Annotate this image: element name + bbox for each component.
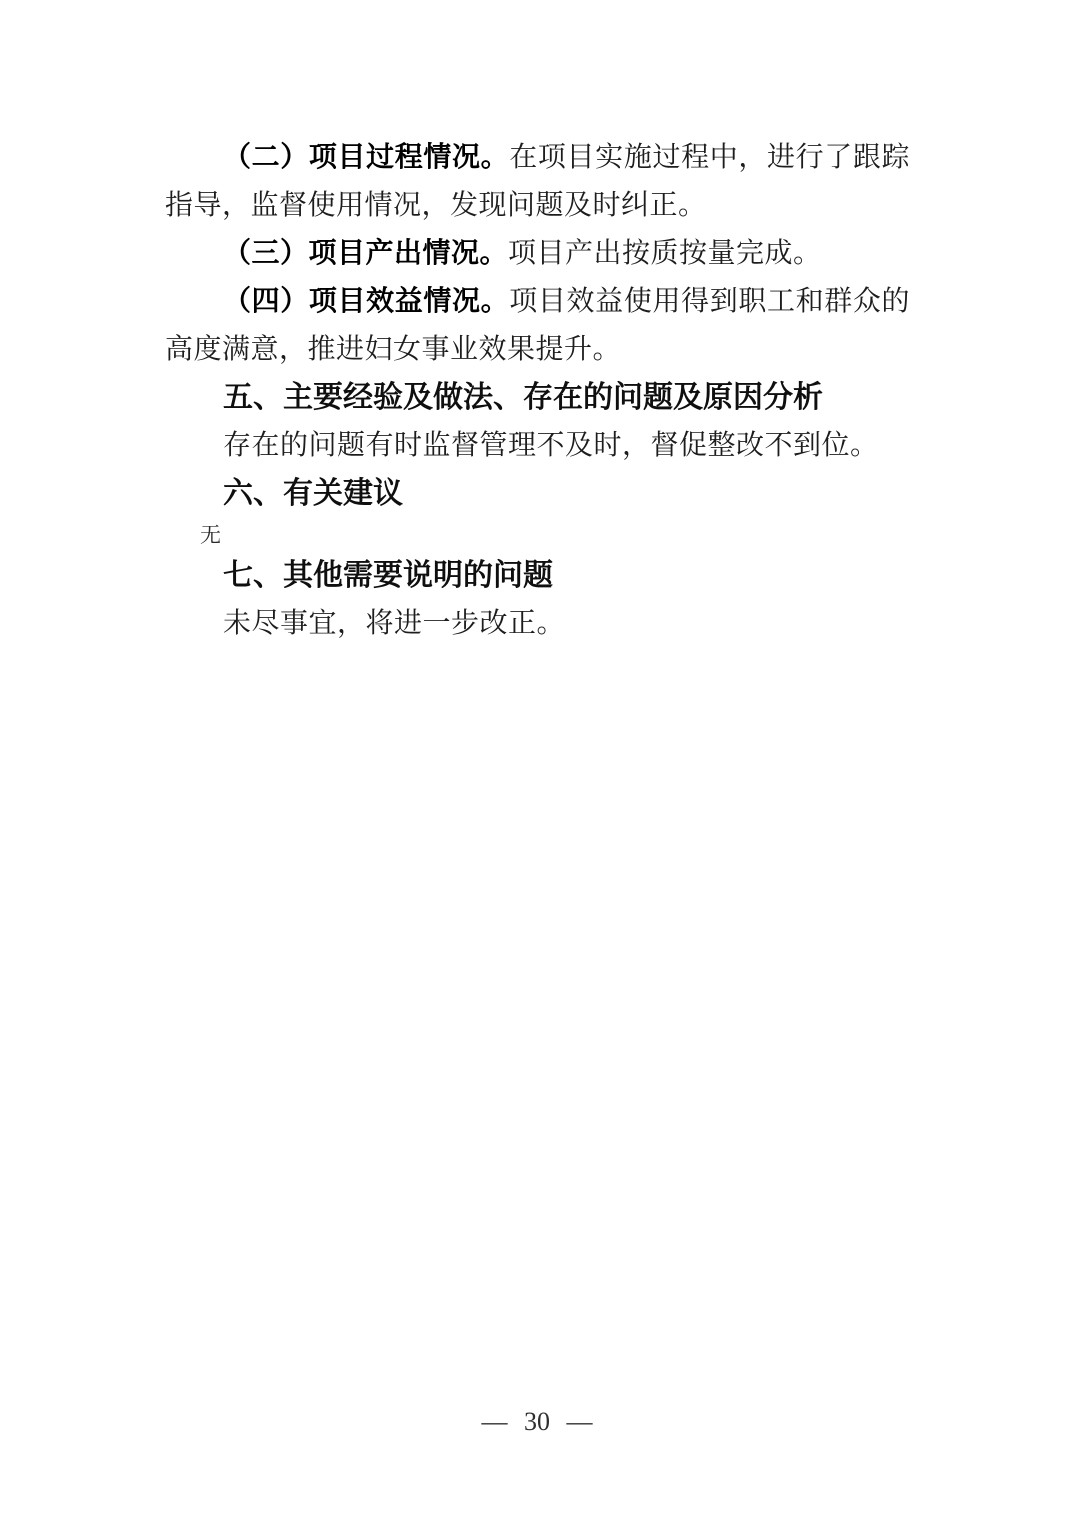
heading-section-6: 六、有关建议 xyxy=(165,470,910,518)
para-other-notes: 未尽事宜，将进一步改正。 xyxy=(165,600,910,648)
para-project-benefit: （四）项目效益情况。项目效益使用得到职工和群众的高度满意，推进妇女事业效果提升。 xyxy=(165,278,910,374)
para-problems-analysis: 存在的问题有时监督管理不及时，督促整改不到位。 xyxy=(165,422,910,470)
para-project-output-body: 项目产出按质按量完成。 xyxy=(508,238,822,269)
heading-section-5: 五、主要经验及做法、存在的问题及原因分析 xyxy=(165,374,910,422)
para-project-output-lead: （三）项目产出情况。 xyxy=(223,238,508,269)
para-suggestions-none: 无 xyxy=(165,518,910,552)
document-content: （二）项目过程情况。在项目实施过程中，进行了跟踪指导，监督使用情况，发现问题及时… xyxy=(165,134,910,648)
page-number: — 30 — xyxy=(482,1407,593,1436)
document-page: （二）项目过程情况。在项目实施过程中，进行了跟踪指导，监督使用情况，发现问题及时… xyxy=(0,0,1074,1520)
para-project-benefit-lead: （四）项目效益情况。 xyxy=(223,286,509,317)
heading-section-7: 七、其他需要说明的问题 xyxy=(165,552,910,600)
para-project-output: （三）项目产出情况。项目产出按质按量完成。 xyxy=(165,230,910,278)
para-project-process-lead: （二）项目过程情况。 xyxy=(223,142,509,173)
para-project-process: （二）项目过程情况。在项目实施过程中，进行了跟踪指导，监督使用情况，发现问题及时… xyxy=(165,134,910,230)
page-footer: — 30 — xyxy=(0,1406,1074,1438)
